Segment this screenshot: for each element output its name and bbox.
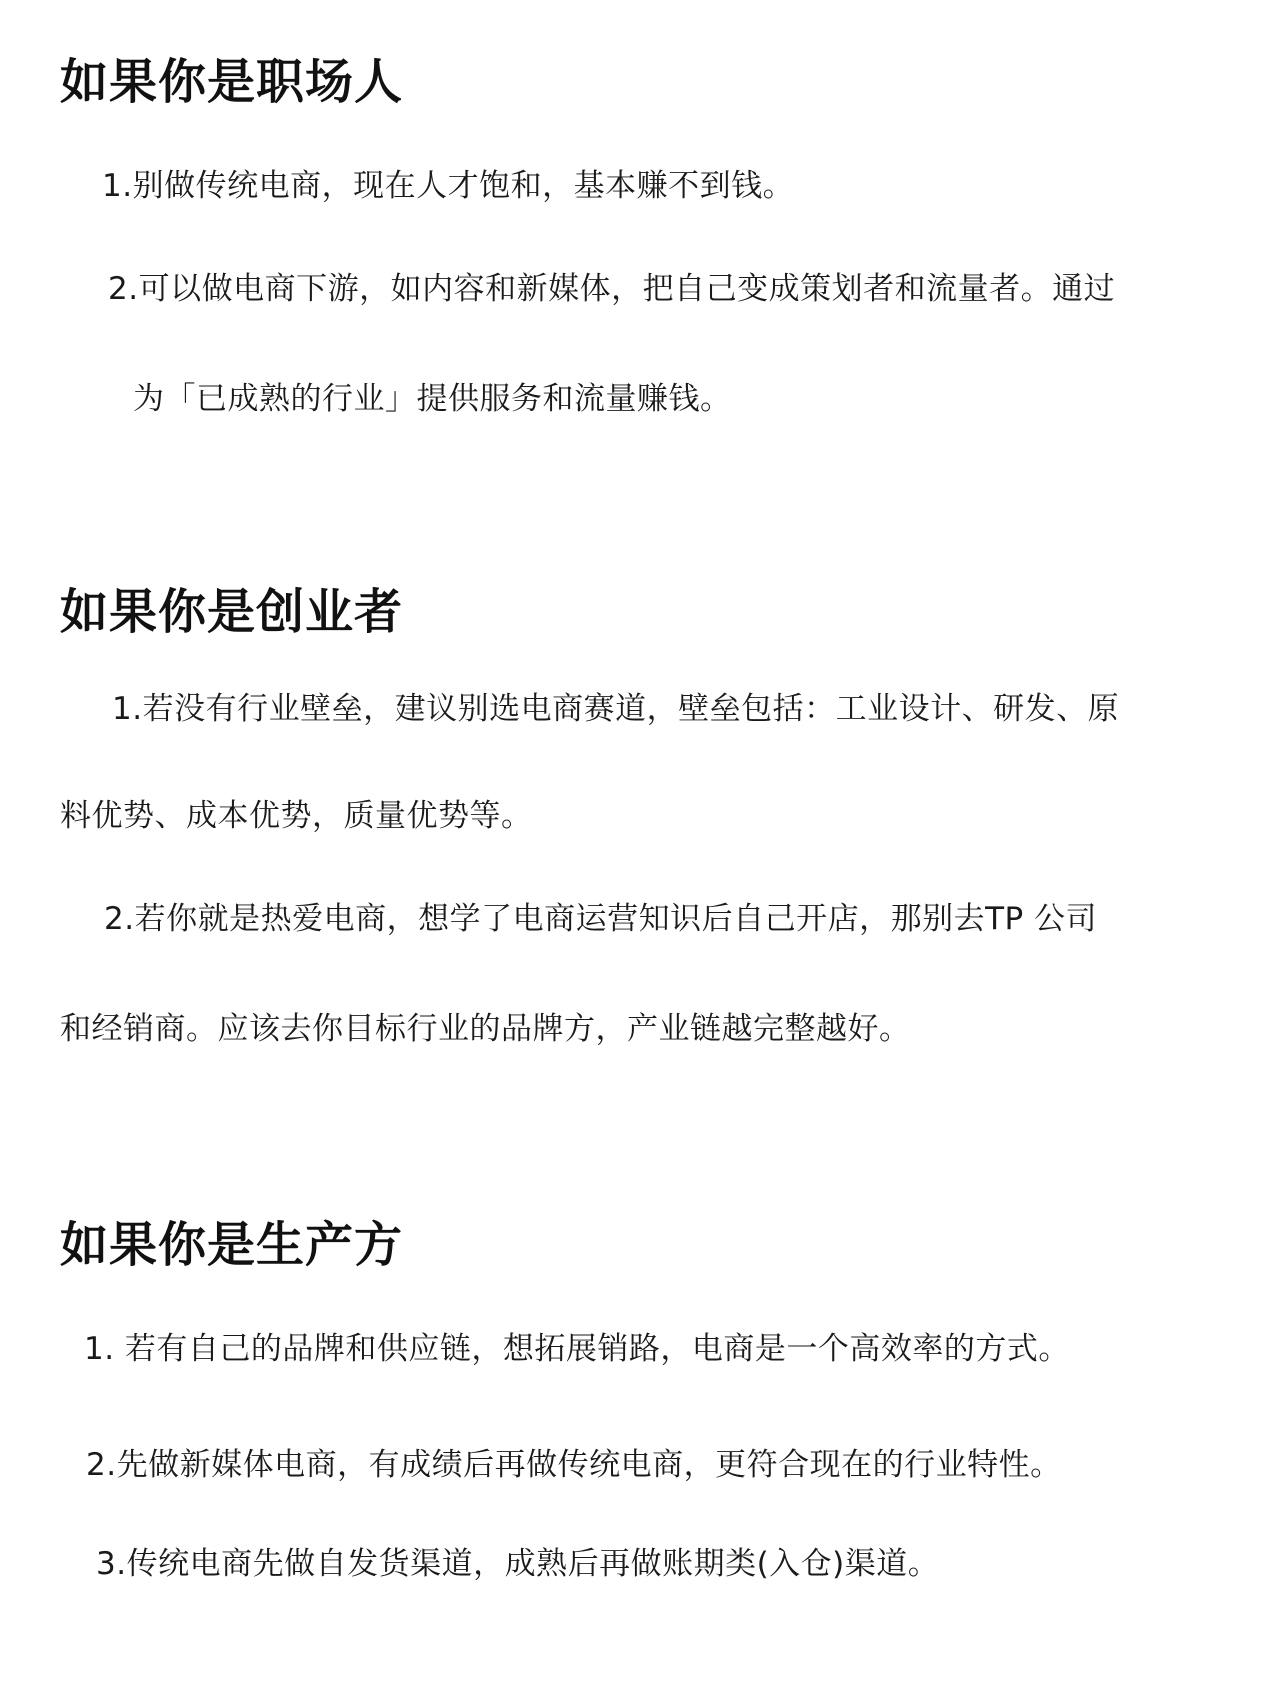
- entrepreneur-item-1: 1.若没有行业壁垒，建议别选电商赛道，壁垒包括：工业设计、研发、原: [112, 694, 1119, 725]
- workplace-item-2: 2.可以做电商下游，如内容和新媒体，把自己变成策划者和流量者。通过: [108, 274, 1115, 305]
- entrepreneur-item-2: 2.若你就是热爱电商，想学了电商运营知识后自己开店，那别去TP 公司: [104, 904, 1097, 935]
- workplace-item-1: 1.别做传统电商，现在人才饱和，基本赚不到钱。: [102, 171, 794, 202]
- section-heading-producer: 如果你是生产方: [60, 1221, 403, 1269]
- entrepreneur-item-1-cont: 料优势、成本优势，质量优势等。: [60, 801, 533, 832]
- section-heading-workplace: 如果你是职场人: [60, 58, 403, 106]
- producer-item-1: 1. 若有自己的品牌和供应链，想拓展销路，电商是一个高效率的方式。: [84, 1334, 1070, 1365]
- producer-item-2: 2.先做新媒体电商，有成绩后再做传统电商，更符合现在的行业特性。: [86, 1450, 1062, 1481]
- workplace-item-2-cont: 为「已成熟的行业」提供服务和流量赚钱。: [133, 384, 732, 415]
- entrepreneur-item-2-cont: 和经销商。应该去你目标行业的品牌方，产业链越完整越好。: [60, 1014, 911, 1045]
- producer-item-3: 3.传统电商先做自发货渠道，成熟后再做账期类(入仓)渠道。: [96, 1549, 939, 1580]
- section-heading-entrepreneur: 如果你是创业者: [60, 588, 403, 636]
